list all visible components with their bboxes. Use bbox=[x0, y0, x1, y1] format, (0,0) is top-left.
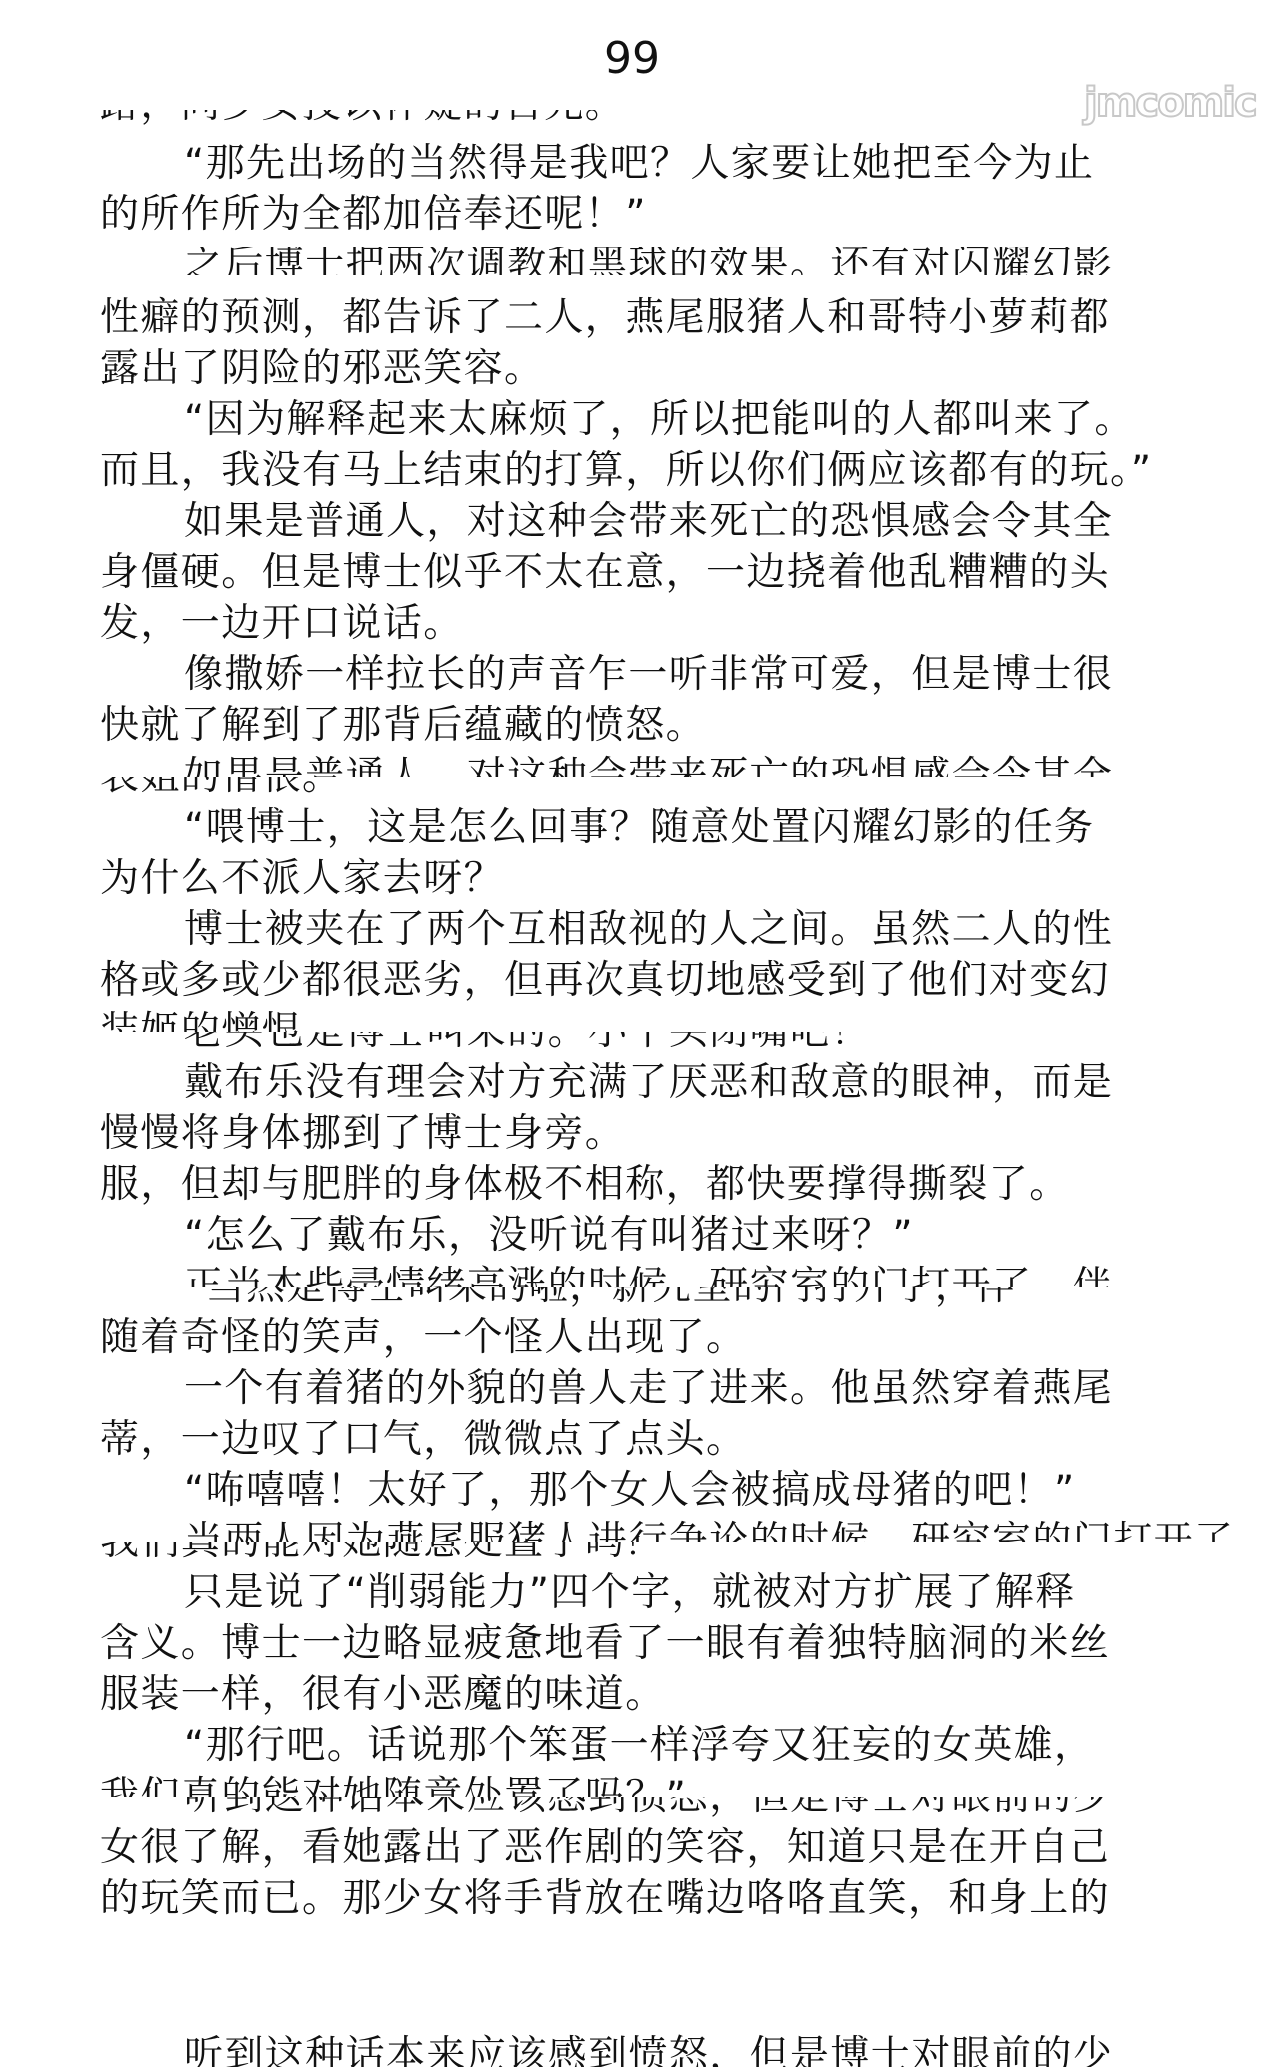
text-line: “咘嘻嘻！太好了，那个女人会被搞成母猪的吧！” bbox=[100, 1465, 1220, 1516]
text-line: 身僵硬。但是博士似乎不太在意，一边挠着他乱糟糟的头 bbox=[100, 547, 1220, 598]
text-line-cut: 之后博士把两次调教和黑球的效果。还有对闪耀幻影 bbox=[100, 247, 1220, 275]
text-line: 含义。博士一边略显疲惫地看了一眼有着独特脑洞的米丝 bbox=[100, 1618, 1220, 1669]
composite-text-line: 如果是普通人，对这种会带来死亡的恐惧感会令其全 表姐的憎恨。 bbox=[100, 751, 1220, 802]
composite-bottom-half: “当然是博士叫来的啦，”新究室的门打开了，伴 bbox=[100, 1287, 1220, 1312]
composite-bottom-content: “当然是博士叫来的啦，”新究室的门打开了，伴 bbox=[100, 1287, 1220, 1312]
text-line: 服装一样，很有小恶魔的味道。 bbox=[100, 1669, 1220, 1720]
composite-top-half: 如果是普通人，对这种会带来死亡的恐惧感会令其全 bbox=[100, 755, 1220, 777]
composite-bottom-half: 我们真的能对她随意处置了吗？ bbox=[100, 1542, 1220, 1567]
composite-bottom-content: 听到这种话本来应该感到愤怒，但是博士对眼前的少 bbox=[100, 1797, 1220, 1822]
text-line: 格或多或少都很恶劣，但再次真切地感受到了他们对变幻 bbox=[100, 955, 1220, 1006]
text-line: 随着奇怪的笑声，一个怪人出现了。 bbox=[100, 1312, 1220, 1363]
text-line: “那行吧。话说那个笨蛋一样浮夸又狂妄的女英雄， bbox=[100, 1720, 1220, 1771]
text-line: 服，但却与肥胖的身体极不相称，都快要撑得撕裂了。 bbox=[100, 1159, 1220, 1210]
composite-bottom-half: 如果是普通人，对这种会带来死亡的恐惧感会令其全 bbox=[100, 522, 1220, 547]
text-line: 性癖的预测，都告诉了二人，燕尾服猪人和哥特小萝莉都 bbox=[100, 292, 1220, 343]
text-line: 像撒娇一样拉长的声音乍一听非常可爱，但是博士很 bbox=[100, 649, 1220, 700]
text-line: 慢慢将身体挪到了博士身旁。 bbox=[100, 1108, 1220, 1159]
composite-bottom-half: 听到这种话本来应该感到愤怒，但是博士对眼前的少 bbox=[100, 1797, 1220, 1822]
composite-text-line: 装姬的憎恨 老头也是博士叫来的。小丫头闭嘴吧！ bbox=[100, 1006, 1220, 1057]
composite-text-line: 当两人因为燕尾服猪人进行争论的时候，研究室的门打开了，伴 我们真的能对她随意处置… bbox=[100, 1516, 1220, 1567]
text-line: 女很了解，看她露出了恶作剧的笑容，知道只是在开自己 bbox=[100, 1822, 1220, 1873]
text-line: 发，一边开口说话。 bbox=[100, 598, 1220, 649]
composite-top-content: 如果是普通人，对这种会带来死亡的恐惧感会令其全 bbox=[100, 755, 1220, 777]
composite-top-half: 如果是普通人，对这种会带来死亡的恐惧感会令其全 bbox=[100, 496, 1264, 522]
text-line: 一个有着猪的外貌的兽人走了进来。他虽然穿着燕尾 bbox=[100, 1363, 1220, 1414]
text-line: “怎么了戴布乐，没听说有叫猪过来呀？” bbox=[100, 1210, 1220, 1261]
text-line: 的所作所为全都加倍奉还呢！” bbox=[100, 189, 1220, 240]
composite-bottom-content: 如果是普通人，对这种会带来死亡的恐惧感会令其全 bbox=[100, 522, 1220, 547]
page-number: 99 bbox=[0, 34, 1264, 84]
composite-top-half: 我们真的能对她随意处置了吗？” bbox=[100, 1771, 1220, 1797]
composite-bottom-content: 我们真的能对她随意处置了吗？ bbox=[100, 1542, 1220, 1567]
text-line-fragment: 路，向少女投以怀疑的目光。 bbox=[100, 110, 1220, 130]
text-line: 只是说了“削弱能力”四个字，就被对方扩展了解释 bbox=[100, 1567, 1220, 1618]
text-line: “那先出场的当然得是我吧？人家要让她把至今为止 bbox=[100, 138, 1220, 189]
composite-text-line: 如果是普通人，对这种会带来死亡的恐惧感会令其全 如果是普通人，对这种会带来死亡的… bbox=[100, 496, 1220, 547]
text-line: 为什么不派人家去呀？ bbox=[100, 853, 1220, 904]
text-line: 的玩笑而已。那少女将手背放在嘴边咯咯直笑，和身上的 bbox=[100, 1873, 1220, 1924]
text-line-cut: 听到这种话本来应该感到愤怒，但是博士对眼前的少 bbox=[100, 2030, 1220, 2067]
text-line: 露出了阴险的邪恶笑容。 bbox=[100, 343, 1220, 394]
composite-text-line: 正当本些帚情绪高涨的时候，研究室的门打开了，伴 “当然是博士叫来的啦，”新究室的… bbox=[100, 1261, 1220, 1312]
text-line: 博士被夹在了两个互相敌视的人之间。虽然二人的性 bbox=[100, 904, 1220, 955]
composite-top-half: 正当本些帚情绪高涨的时候，研究室的门打开了，伴 bbox=[100, 1261, 1264, 1287]
composite-top-half: 装姬的憎恨 bbox=[100, 1006, 1220, 1032]
composite-top-half: 当两人因为燕尾服猪人进行争论的时候，研究室的门打开了，伴 bbox=[100, 1516, 1264, 1542]
text-line-fragment-content: 路，向少女投以怀疑的目光。 bbox=[100, 110, 1220, 130]
text-line-cut-content: 之后博士把两次调教和黑球的效果。还有对闪耀幻影 bbox=[184, 247, 1220, 275]
text-line: 而且，我没有马上结束的打算，所以你们俩应该都有的玩。” bbox=[100, 445, 1260, 496]
composite-bottom-content: 表姐的憎恨。 bbox=[100, 777, 1220, 802]
text-line: 快就了解到了那背后蕴藏的愤怒。 bbox=[100, 700, 1220, 751]
composite-text-line: 我们真的能对她随意处置了吗？” 听到这种话本来应该感到愤怒，但是博士对眼前的少 bbox=[100, 1771, 1220, 1822]
text-line: “因为解释起来太麻烦了，所以把能叫的人都叫来了。 bbox=[100, 394, 1220, 445]
text-line: “喂博士，这是怎么回事？随意处置闪耀幻影的任务 bbox=[100, 802, 1220, 853]
composite-bottom-half: 表姐的憎恨。 bbox=[100, 777, 1220, 802]
text-line: 蒂，一边叹了口气，微微点了点头。 bbox=[100, 1414, 1220, 1465]
text-line: 戴布乐没有理会对方充满了厌恶和敌意的眼神，而是 bbox=[100, 1057, 1220, 1108]
composite-bottom-content: 老头也是博士叫来的。小丫头闭嘴吧！ bbox=[100, 1032, 1220, 1057]
composite-bottom-half: 老头也是博士叫来的。小丫头闭嘴吧！ bbox=[100, 1032, 1220, 1057]
